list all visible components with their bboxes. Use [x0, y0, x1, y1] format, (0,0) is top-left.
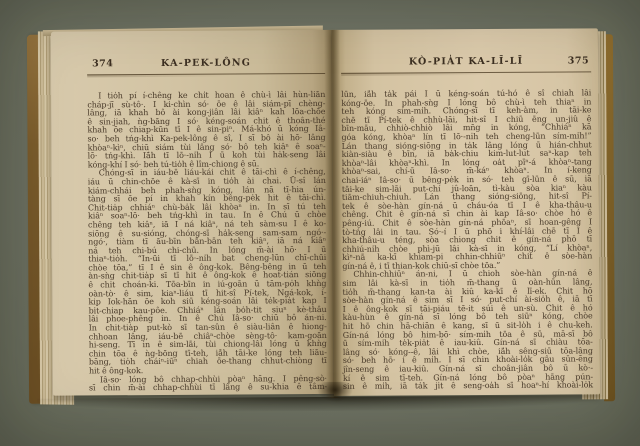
book-gutter-bottom-shadow	[317, 382, 353, 402]
header-rule	[87, 73, 325, 77]
page-header-left: 374 KA-PEK-LÔNG	[87, 57, 325, 70]
photo-background: 374 KA-PEK-LÔNG I tio̍h pí í-chêng ke ch…	[0, 0, 640, 446]
page-text-right: lūn, iā̍h ta̍k pái I ū kéng-soán tú-hó ê…	[341, 89, 593, 391]
text-column-left: 374 KA-PEK-LÔNG I tio̍h pí í-chêng ke ch…	[87, 30, 327, 395]
open-book: 374 KA-PEK-LÔNG I tio̍h pí í-chêng ke ch…	[27, 28, 615, 406]
page-number: 374	[92, 58, 113, 69]
book-page-right: KÒ-PIA̍T KA-LĪ-LĪ 375 lūn, iā̍h ta̍k pái…	[332, 28, 600, 396]
page-text-left: I tio̍h pí í-chêng ke chi̍t hoan ê chù-ì…	[87, 91, 327, 393]
running-head: KA-PEK-LÔNG	[87, 57, 325, 69]
book-page-left: 374 KA-PEK-LÔNG I tio̍h pí í-chêng ke ch…	[51, 30, 334, 396]
text-line: sin ê mi̍h, iā ta̍k ji̍t ê seng-oa̍h sī …	[343, 382, 593, 392]
header-rule	[341, 71, 591, 76]
page-header-right: KÒ-PIA̍T KA-LĪ-LĪ 375	[341, 55, 591, 69]
page-number: 375	[568, 55, 589, 66]
text-column-right: KÒ-PIA̍T KA-LĪ-LĪ 375 lūn, iā̍h ta̍k pái…	[341, 28, 593, 396]
book-gutter-shadow	[324, 30, 342, 398]
running-head: KÒ-PIA̍T KA-LĪ-LĪ	[341, 55, 591, 68]
text-line: sī chin m̄-ài chhap-chhùi tī lâng ê su-k…	[89, 383, 327, 393]
